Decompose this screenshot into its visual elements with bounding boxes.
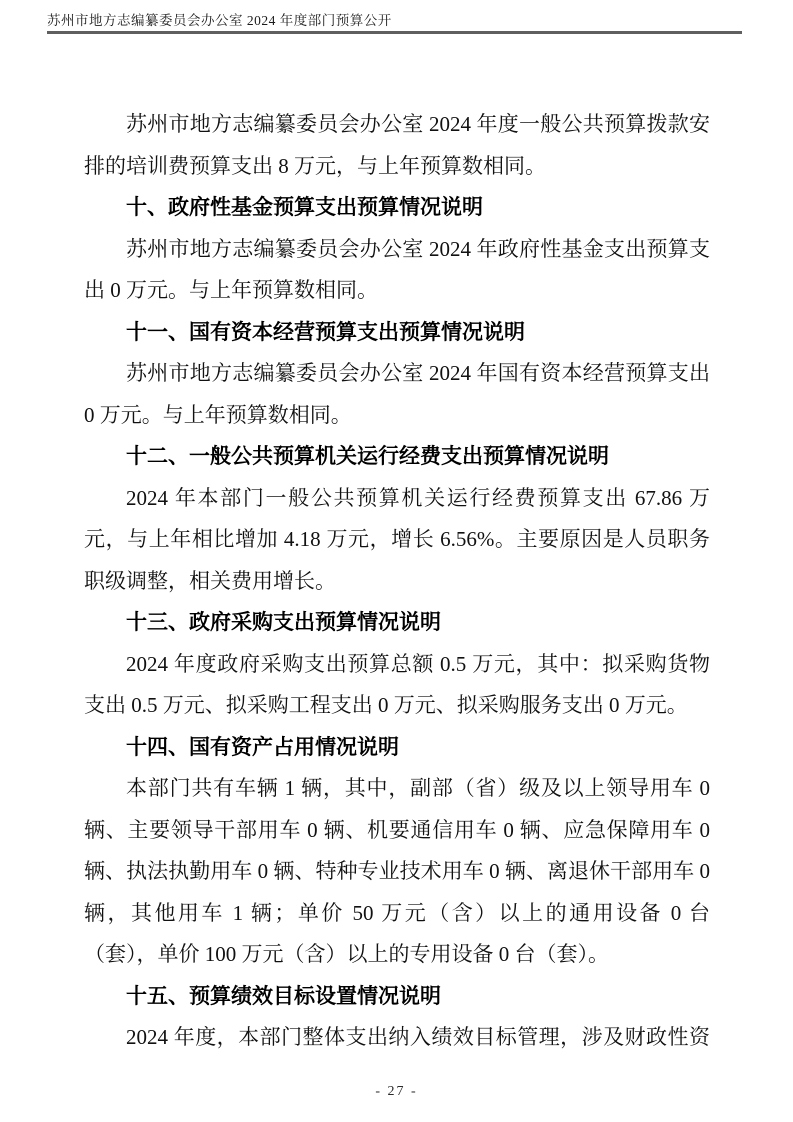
page-number: - 27 - — [375, 1084, 417, 1099]
section-heading: 十四、国有资产占用情况说明 — [84, 727, 710, 769]
header-rule — [47, 31, 742, 34]
section-heading: 十一、国有资本经营预算支出预算情况说明 — [84, 312, 710, 354]
body-paragraph: 苏州市地方志编纂委员会办公室 2024 年政府性基金支出预算支出 0 万元。与上… — [84, 229, 710, 312]
document-footer: - 27 - — [0, 1082, 793, 1100]
document-header: 苏州市地方志编纂委员会办公室 2024 年度部门预算公开 — [47, 12, 742, 34]
body-paragraph: 2024 年度政府采购支出预算总额 0.5 万元，其中：拟采购货物支出 0.5 … — [84, 644, 710, 727]
section-heading: 十三、政府采购支出预算情况说明 — [84, 602, 710, 644]
body-paragraph: 苏州市地方志编纂委员会办公室 2024 年国有资本经营预算支出 0 万元。与上年… — [84, 353, 710, 436]
body-paragraph: 2024 年本部门一般公共预算机关运行经费预算支出 67.86 万元，与上年相比… — [84, 478, 710, 603]
body-paragraph: 2024 年度，本部门整体支出纳入绩效目标管理，涉及财政性资 — [84, 1017, 710, 1059]
body-paragraph: 苏州市地方志编纂委员会办公室 2024 年度一般公共预算拨款安排的培训费预算支出… — [84, 104, 710, 187]
section-heading: 十、政府性基金预算支出预算情况说明 — [84, 187, 710, 229]
section-heading: 十二、一般公共预算机关运行经费支出预算情况说明 — [84, 436, 710, 478]
body-paragraph: 本部门共有车辆 1 辆，其中，副部（省）级及以上领导用车 0 辆、主要领导干部用… — [84, 768, 710, 976]
section-heading: 十五、预算绩效目标设置情况说明 — [84, 976, 710, 1018]
document-page: 苏州市地方志编纂委员会办公室 2024 年度部门预算公开 苏州市地方志编纂委员会… — [0, 0, 793, 1122]
document-body: 苏州市地方志编纂委员会办公室 2024 年度一般公共预算拨款安排的培训费预算支出… — [84, 104, 710, 1059]
header-title: 苏州市地方志编纂委员会办公室 2024 年度部门预算公开 — [47, 12, 742, 29]
